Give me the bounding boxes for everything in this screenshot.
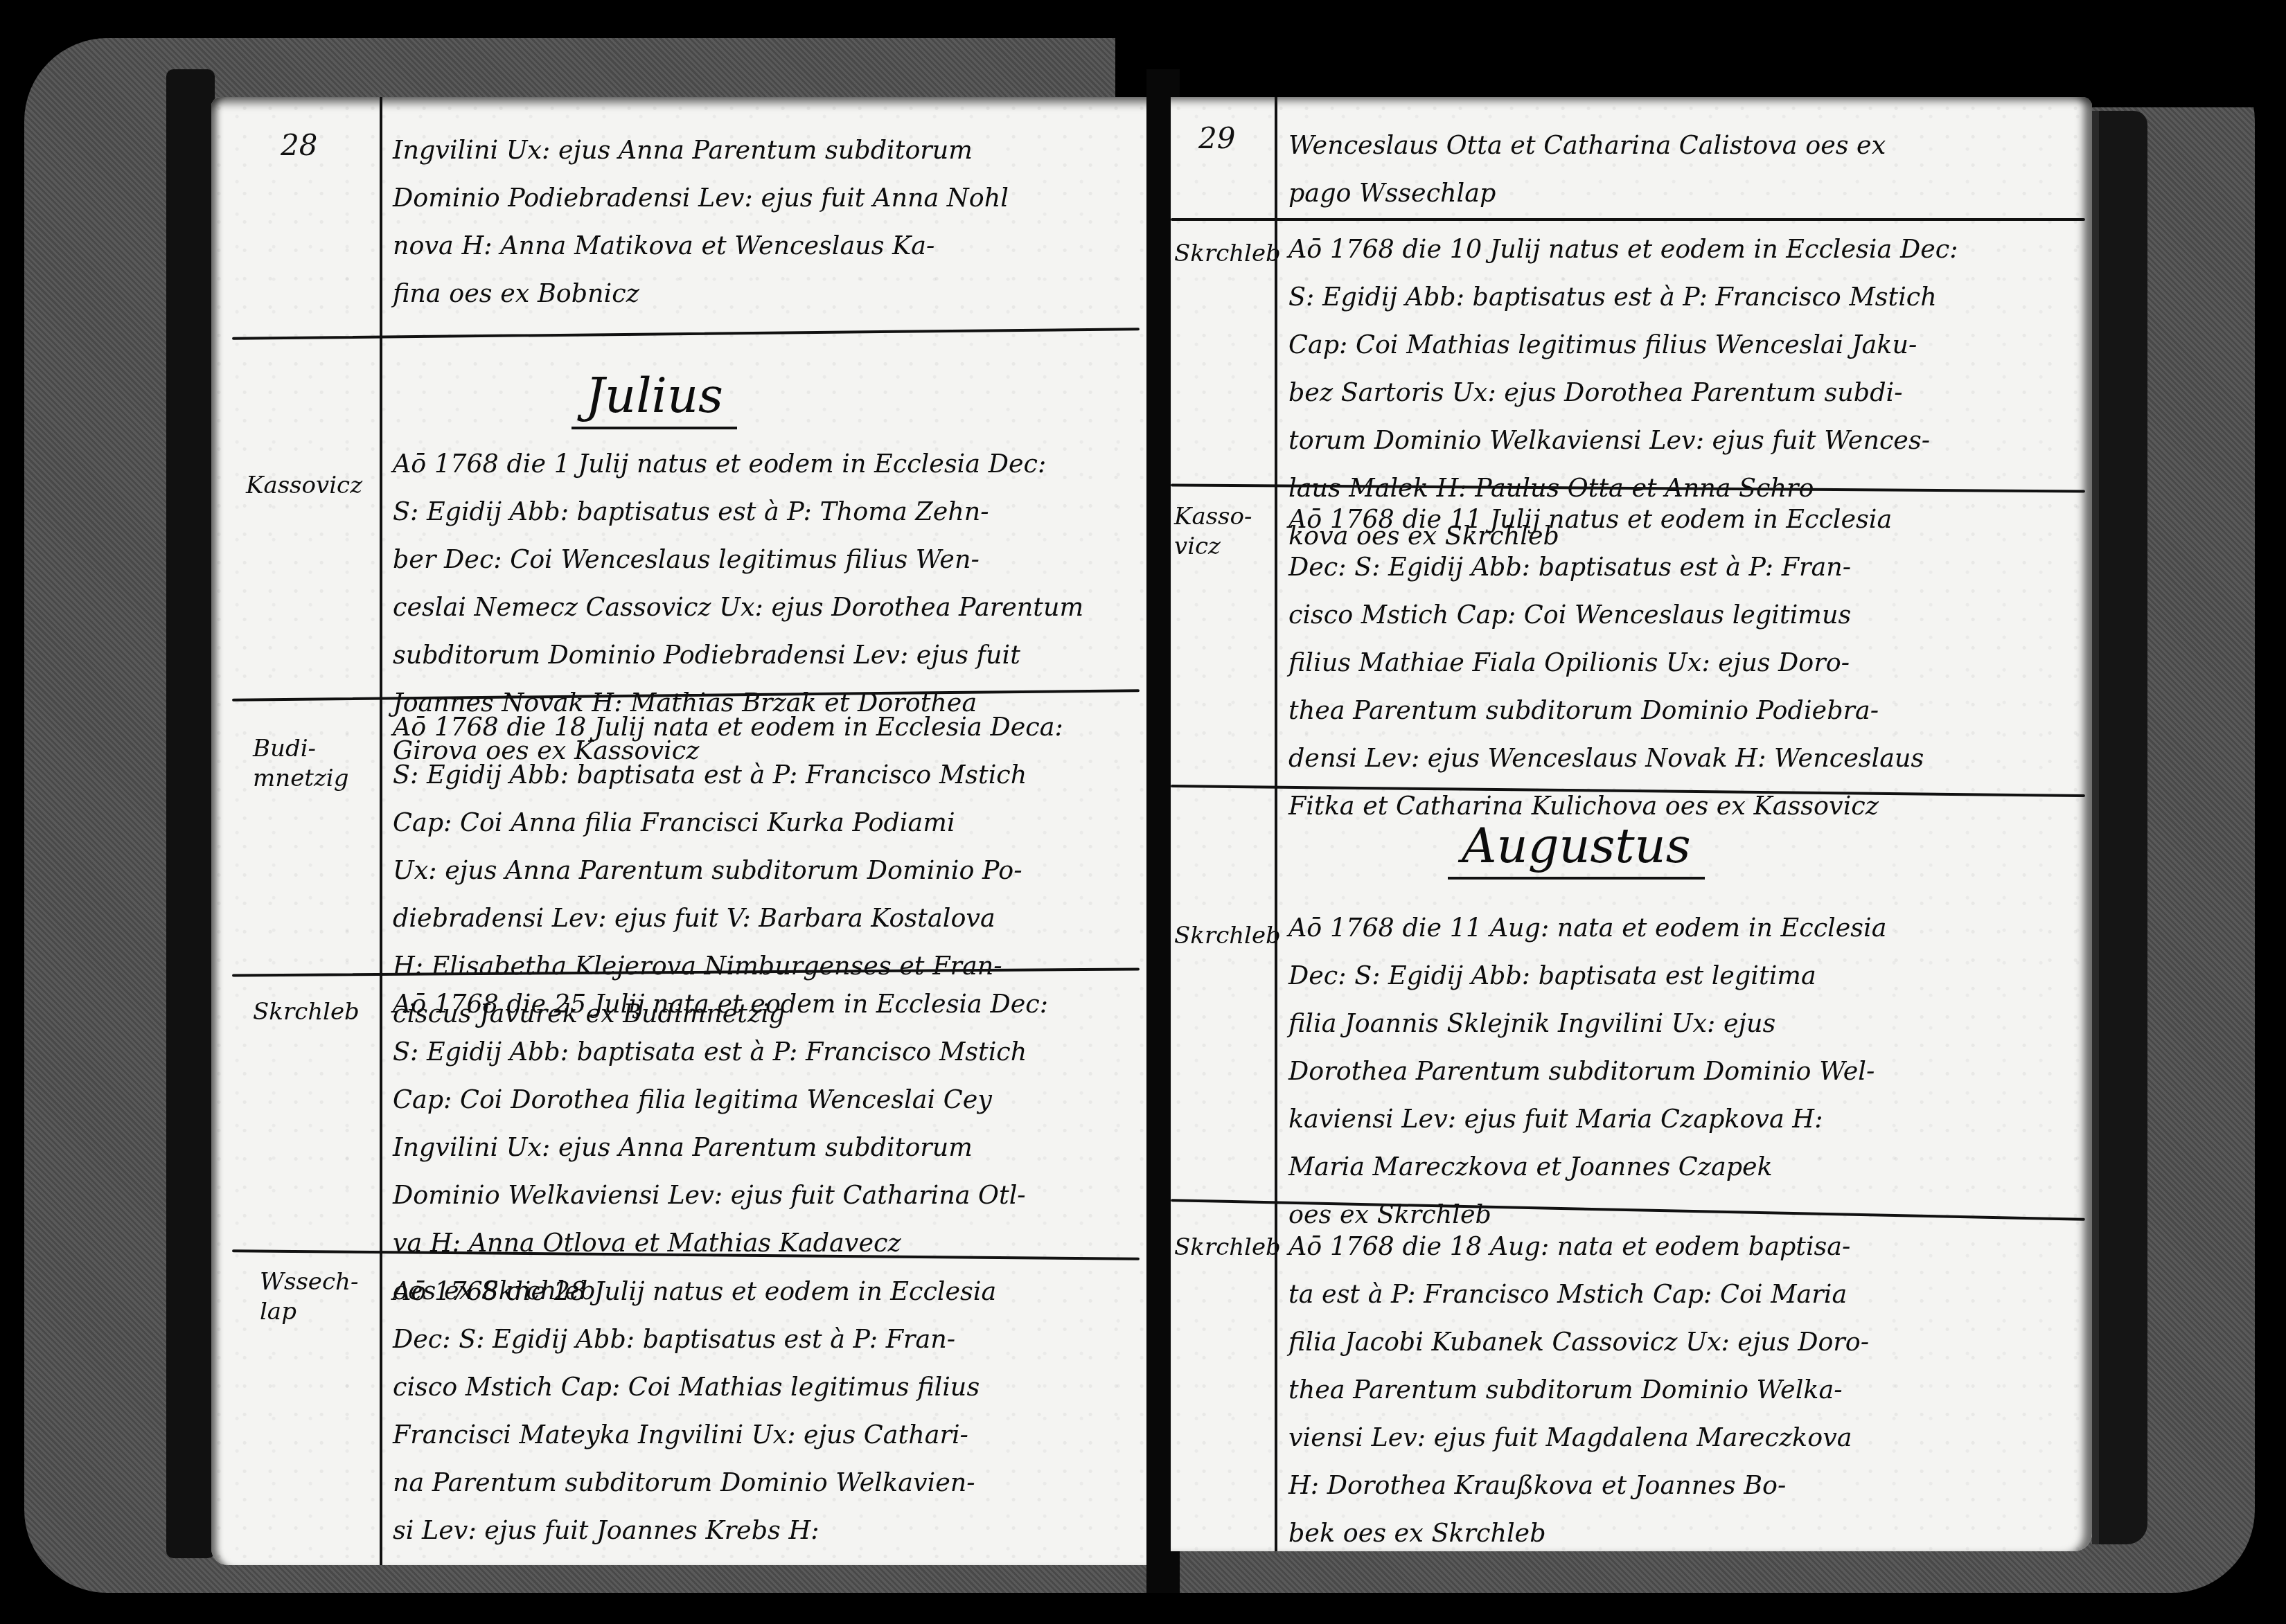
continuation-text: Wenceslaus Otta et Catharina Calistova o… [1288, 121, 1886, 217]
baptism-entry: Aō 1768 die 11 Julij natus et eodem in E… [1288, 495, 1924, 830]
page-number: 28 [281, 128, 317, 162]
village-margin-note: Budi-mnetzig [253, 734, 357, 793]
month-heading: Augustus [1448, 817, 1705, 880]
baptism-entry: Aō 1768 die 28 Julij natus et eodem in E… [393, 1267, 996, 1554]
baptism-entry: Aō 1768 die 18 Aug: nata et eodem baptis… [1288, 1222, 1869, 1551]
book-cover-left-edge [166, 69, 215, 1558]
village-margin-note: Kasso-vicz [1174, 502, 1278, 561]
month-heading: Julius [571, 367, 737, 429]
entry-divider [1171, 218, 2085, 221]
margin-rule [1275, 97, 1277, 1551]
village-margin-note: Skrchleb [1174, 239, 1278, 269]
margin-rule [380, 97, 382, 1565]
baptism-entry: Aō 1768 die 25 Julij nata et eodem in Ec… [393, 980, 1048, 1314]
book-cover-right-edge [2092, 111, 2147, 1544]
village-margin-note: Wssech-lap [260, 1267, 364, 1326]
entry-divider [232, 328, 1140, 340]
right-page: 29 Wenceslaus Otta et Catharina Calistov… [1171, 97, 2092, 1551]
left-page: 28 Ingvilini Ux: ejus Anna Parentum subd… [211, 97, 1157, 1565]
village-margin-note: Skrchleb [1174, 921, 1278, 951]
continuation-text: Ingvilini Ux: ejus Anna Parentum subdito… [393, 126, 1009, 317]
village-margin-note: Skrchleb [253, 997, 357, 1027]
baptism-entry: Aō 1768 die 11 Aug: nata et eodem in Ecc… [1288, 904, 1887, 1238]
village-margin-note: Skrchleb [1174, 1233, 1278, 1262]
village-margin-note: Kassovicz [246, 471, 350, 501]
page-number: 29 [1198, 121, 1235, 155]
